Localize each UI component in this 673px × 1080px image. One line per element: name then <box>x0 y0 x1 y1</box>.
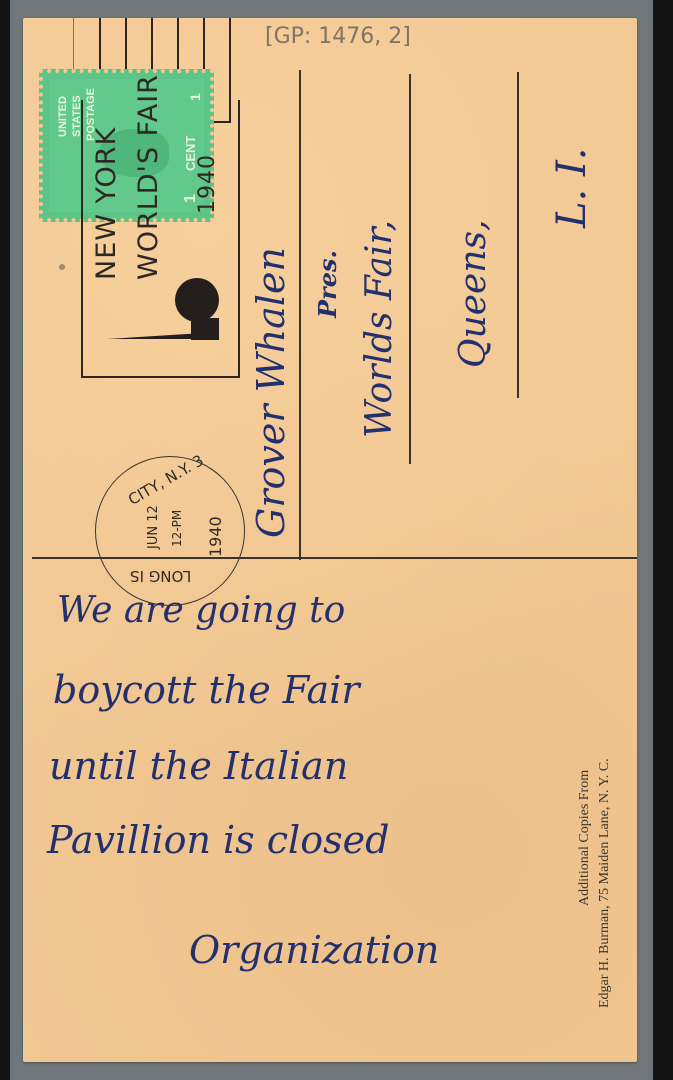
round-postmark: CITY, N.Y. 3 LONG IS JUN 12 12-PM 1940 <box>95 456 245 606</box>
message-line-1: We are going to <box>57 590 345 631</box>
postmark-top-arc: CITY, N.Y. 3 <box>125 451 207 509</box>
address-rule-3 <box>517 72 519 398</box>
stamp-country-line1: UNITED <box>57 96 69 137</box>
message-signature: Organization <box>189 928 439 972</box>
postmark-bottom-arc: LONG IS <box>130 567 191 585</box>
address-queens: Queens, <box>453 220 494 368</box>
address-worlds-fair: Worlds Fair, <box>359 220 400 438</box>
postcard: [GP: 1476, 2] UNITED STATES POSTAGE CENT… <box>23 18 637 1062</box>
message-line-2: boycott the Fair <box>53 668 360 712</box>
ink-speckle <box>59 264 65 270</box>
slogan-year: 1940 <box>195 154 220 214</box>
slogan-line-worlds-fair: WORLD'S FAIR <box>133 74 164 280</box>
archive-reference: [GP: 1476, 2] <box>265 24 411 49</box>
address-rule-1 <box>299 70 301 560</box>
postmark-date: JUN 12 <box>146 505 161 549</box>
card-divider-line <box>32 557 637 559</box>
slogan-line-new-york: NEW YORK <box>91 127 122 280</box>
trylon-perisphere-icon <box>107 278 227 346</box>
address-title: Pres. <box>313 250 342 318</box>
printer-imprint-line1: Additional Copies From <box>577 770 593 906</box>
address-long-island: L. I. <box>549 147 595 228</box>
postmark-time: 12-PM <box>170 510 184 547</box>
message-line-4: Pavillion is closed <box>47 818 389 862</box>
postmark-year: 1940 <box>206 516 225 557</box>
printer-imprint-line2: Edgar H. Burman, 75 Maiden Lane, N. Y. C… <box>597 758 613 1008</box>
address-recipient-name: Grover Whalen <box>249 247 293 538</box>
message-line-3: until the Italian <box>49 744 348 788</box>
address-rule-2 <box>409 74 411 464</box>
